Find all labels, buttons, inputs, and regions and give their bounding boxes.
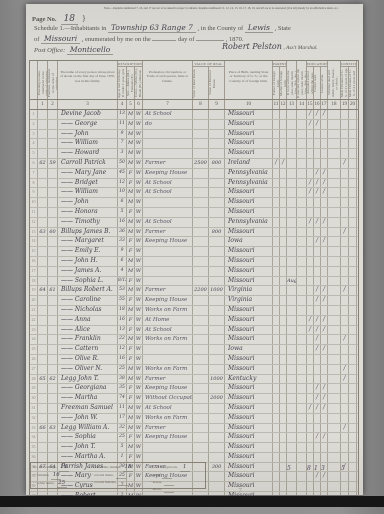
cell-dw: 63 bbox=[38, 228, 48, 237]
cell-bp: Missouri bbox=[225, 188, 273, 197]
cell-c11 bbox=[273, 218, 280, 227]
cell-bp: Missouri bbox=[225, 424, 273, 433]
cell-fam bbox=[48, 169, 58, 178]
cell-pe bbox=[209, 443, 225, 452]
cell-sex: M bbox=[127, 443, 135, 452]
cell-ln: 25 bbox=[30, 345, 38, 354]
cell-c14 bbox=[297, 296, 307, 305]
cell-occ: Works on Farm bbox=[143, 365, 193, 374]
column-heading: If married within the year, state month … bbox=[297, 61, 307, 99]
cell-c14 bbox=[297, 404, 307, 413]
cell-ln: 21 bbox=[30, 306, 38, 315]
cell-age: 6 bbox=[118, 257, 127, 266]
cell-sex: M bbox=[127, 120, 135, 129]
cell-sex: M bbox=[127, 267, 135, 276]
cell-pe bbox=[209, 316, 225, 325]
cell-re bbox=[193, 306, 209, 315]
cell-bp: Missouri bbox=[225, 208, 273, 217]
day-of-printed-text: day of bbox=[178, 36, 194, 43]
cell-c13 bbox=[287, 169, 297, 178]
column-number: 9 bbox=[209, 100, 225, 109]
cell-c17: / bbox=[321, 169, 328, 178]
cell-fam bbox=[48, 267, 58, 276]
table-row: 15—— Emily E.9FWMissouri bbox=[30, 247, 358, 257]
township-handwritten: Township 63 Range 7 bbox=[108, 23, 196, 33]
cell-color: W bbox=[135, 277, 143, 286]
cell-occ: Works on Farm bbox=[143, 414, 193, 423]
cell-pe bbox=[209, 237, 225, 246]
cell-c14 bbox=[297, 335, 307, 344]
column-number: 20 bbox=[349, 100, 357, 109]
cell-c12 bbox=[280, 130, 287, 139]
cell-c12 bbox=[280, 345, 287, 354]
cell-ln: 36 bbox=[30, 453, 38, 462]
cell-ln: 12 bbox=[30, 218, 38, 227]
cell-age: 16 bbox=[118, 218, 127, 227]
cell-c19 bbox=[341, 110, 349, 119]
cell-fam bbox=[48, 188, 58, 197]
cell-sex: F bbox=[127, 384, 135, 393]
cell-dw bbox=[38, 130, 48, 139]
table-row: 34—— Sophia25FWKeeping HouseMissouri// bbox=[30, 433, 358, 443]
cell-c17: / bbox=[321, 345, 328, 354]
cell-bp: Iowa bbox=[225, 345, 273, 354]
cell-age: 17 bbox=[118, 414, 127, 423]
cell-c16 bbox=[314, 424, 321, 433]
cell-name: —— Oliver N. bbox=[58, 365, 118, 374]
tally-left-column: No. of dwellings,16″ ″ families,16″ ″ wh… bbox=[33, 464, 86, 487]
column-heading: Families, numbered in the order of visit… bbox=[48, 61, 58, 99]
cell-c17: / bbox=[321, 394, 328, 403]
cell-c12 bbox=[280, 414, 287, 423]
cell-bp: Missouri bbox=[225, 355, 273, 364]
cell-c20 bbox=[349, 394, 357, 403]
scan-edge-black-band bbox=[0, 496, 384, 507]
column-heading-label: The name of every person whose place of … bbox=[58, 61, 117, 83]
table-row: 31Freeman Samuel11MWAt SchoolMissouri/// bbox=[30, 404, 358, 414]
cell-age: 33 bbox=[118, 237, 127, 246]
cell-bp: Pennsylvania bbox=[225, 179, 273, 188]
cell-color: W bbox=[135, 443, 143, 452]
cell-c18 bbox=[328, 394, 341, 403]
cell-c11 bbox=[273, 443, 280, 452]
cell-c17 bbox=[321, 482, 328, 491]
cell-c14 bbox=[297, 159, 307, 168]
cell-ln: 24 bbox=[30, 335, 38, 344]
cell-color: W bbox=[135, 130, 143, 139]
table-row: 7—— Mary Jane45FWKeeping HousePennsylvan… bbox=[30, 169, 358, 179]
cell-re: 2200 bbox=[193, 286, 209, 295]
cell-c17 bbox=[321, 355, 328, 364]
cell-pe bbox=[209, 472, 225, 481]
cell-c14 bbox=[297, 443, 307, 452]
cell-sex: M bbox=[127, 149, 135, 158]
cell-ln: 9 bbox=[30, 188, 38, 197]
cell-c16 bbox=[314, 159, 321, 168]
cell-occ: Farmer bbox=[143, 228, 193, 237]
state-printed-text: , State bbox=[275, 25, 291, 32]
cell-occ: Keeping House bbox=[143, 384, 193, 393]
cell-dw bbox=[38, 179, 48, 188]
cell-color: W bbox=[135, 316, 143, 325]
cell-c15: / bbox=[307, 120, 314, 129]
cell-c20 bbox=[349, 375, 357, 384]
cell-ln: 14 bbox=[30, 237, 38, 246]
table-row: 136360Billups James B.36MWFarmer800Misso… bbox=[30, 228, 358, 238]
table-row: 20—— Caroline55FWKeeping HouseVirginia// bbox=[30, 296, 358, 306]
cell-c14 bbox=[297, 306, 307, 315]
table-row: 32—— John W.17MWWorks on FarmMissouri bbox=[30, 414, 358, 424]
cell-c17 bbox=[321, 414, 328, 423]
cell-name: —— Caroline bbox=[58, 296, 118, 305]
post-office-handwritten: Monticello bbox=[67, 45, 113, 55]
cell-c11 bbox=[273, 326, 280, 335]
cell-c17 bbox=[321, 149, 328, 158]
cell-occ: Without Occupation bbox=[143, 394, 193, 403]
table-row: 30—— Martha74FWWithout Occupation2000Mis… bbox=[30, 394, 358, 404]
cell-c14 bbox=[297, 120, 307, 129]
cell-c16 bbox=[314, 306, 321, 315]
cell-occ bbox=[143, 198, 193, 207]
cell-age: 5 bbox=[118, 208, 127, 217]
cell-c19 bbox=[341, 345, 349, 354]
cell-c16 bbox=[314, 375, 321, 384]
table-row: 23—— Alice13FWAt SchoolMissouri/// bbox=[30, 326, 358, 336]
cell-c13 bbox=[287, 394, 297, 403]
cell-c17 bbox=[321, 267, 328, 276]
cell-c19 bbox=[341, 257, 349, 266]
cell-c19 bbox=[341, 198, 349, 207]
cell-name: —— Mary Jane bbox=[58, 169, 118, 178]
cell-age: 10 bbox=[118, 188, 127, 197]
cell-c11 bbox=[273, 365, 280, 374]
table-row: 17—— James A.4MWMissouri bbox=[30, 267, 358, 277]
cell-name: —— Bridget bbox=[58, 179, 118, 188]
cell-bp: Missouri bbox=[225, 404, 273, 413]
cell-c18 bbox=[328, 375, 341, 384]
cell-c15: / bbox=[307, 218, 314, 227]
table-row: 24—— Franklin22MWWorks on FarmMissouri// bbox=[30, 335, 358, 345]
cell-c13 bbox=[287, 110, 297, 119]
cell-age: 16 bbox=[118, 355, 127, 364]
cell-pe bbox=[209, 345, 225, 354]
cell-re bbox=[193, 120, 209, 129]
cell-bp: Pennsylvania bbox=[225, 169, 273, 178]
cell-c12 bbox=[280, 472, 287, 481]
cell-c18 bbox=[328, 237, 341, 246]
cell-c17: / bbox=[321, 384, 328, 393]
cell-ln: 15 bbox=[30, 247, 38, 256]
county-handwritten: Lewis bbox=[245, 23, 273, 33]
column-heading-label: Cannot write. bbox=[321, 68, 327, 98]
cell-c19 bbox=[341, 453, 349, 462]
cell-c14 bbox=[297, 247, 307, 256]
cell-occ: Farmer bbox=[143, 424, 193, 433]
cell-c15 bbox=[307, 237, 314, 246]
cell-re bbox=[193, 130, 209, 139]
cell-c11 bbox=[273, 247, 280, 256]
cell-c16 bbox=[314, 482, 321, 491]
cell-c18 bbox=[328, 159, 341, 168]
cell-c16: / bbox=[314, 316, 321, 325]
cell-c11 bbox=[273, 267, 280, 276]
cell-color: W bbox=[135, 120, 143, 129]
cell-c15 bbox=[307, 375, 314, 384]
cell-name: —— Martha A. bbox=[58, 453, 118, 462]
cell-c14 bbox=[297, 326, 307, 335]
cell-ln: 19 bbox=[30, 286, 38, 295]
table-row: 3—— John9MWMissouri bbox=[30, 130, 358, 140]
table-row: 2—— George11MWdoMissouri// bbox=[30, 120, 358, 130]
cell-name: —— Martha bbox=[58, 394, 118, 403]
column-heading: If born within the year, state month (Ja… bbox=[287, 61, 297, 99]
cell-c20 bbox=[349, 335, 357, 344]
cell-name: —— Honora bbox=[58, 208, 118, 217]
cell-c18 bbox=[328, 414, 341, 423]
cell-c11 bbox=[273, 335, 280, 344]
tally-label: ″ blind, bbox=[150, 472, 160, 479]
column-number: 6 bbox=[135, 100, 143, 109]
cell-ln: 22 bbox=[30, 316, 38, 325]
cell-fam bbox=[48, 345, 58, 354]
cell-c14 bbox=[297, 433, 307, 442]
cell-c15 bbox=[307, 277, 314, 286]
cell-c13 bbox=[287, 375, 297, 384]
cell-c14 bbox=[297, 179, 307, 188]
tally-value-handwritten bbox=[162, 472, 172, 479]
column-heading: Dwelling-houses, numbered in the order o… bbox=[38, 61, 48, 99]
cell-ln: 29 bbox=[30, 384, 38, 393]
cell-c12 bbox=[280, 335, 287, 344]
cell-c17: / bbox=[321, 179, 328, 188]
cell-c17 bbox=[321, 198, 328, 207]
cell-c12 bbox=[280, 257, 287, 266]
cell-pe bbox=[209, 365, 225, 374]
cell-name: —— John W. bbox=[58, 414, 118, 423]
cell-dw bbox=[38, 355, 48, 364]
cell-re bbox=[193, 110, 209, 119]
cell-sex: F bbox=[127, 179, 135, 188]
cell-c16 bbox=[314, 443, 321, 452]
tally-value-handwritten: 1 bbox=[180, 464, 190, 472]
cell-c16: / bbox=[314, 404, 321, 413]
cell-sex: F bbox=[127, 326, 135, 335]
cell-occ bbox=[143, 267, 193, 276]
cell-sex: F bbox=[127, 316, 135, 325]
cell-sex: F bbox=[127, 355, 135, 364]
cell-name: —— John T. bbox=[58, 443, 118, 452]
cell-pe bbox=[209, 414, 225, 423]
cell-dw bbox=[38, 237, 48, 246]
cell-c12 bbox=[280, 375, 287, 384]
cell-c14 bbox=[297, 130, 307, 139]
cell-c13 bbox=[287, 139, 297, 148]
cell-name: —— Olive R. bbox=[58, 355, 118, 364]
cell-ln: 35 bbox=[30, 443, 38, 452]
cell-c19 bbox=[341, 188, 349, 197]
cell-c13 bbox=[287, 345, 297, 354]
cell-c18 bbox=[328, 149, 341, 158]
cell-c16 bbox=[314, 267, 321, 276]
cell-c13 bbox=[287, 237, 297, 246]
cell-occ: Farmer bbox=[143, 159, 193, 168]
cell-c13 bbox=[287, 149, 297, 158]
cell-c20 bbox=[349, 257, 357, 266]
cell-c12 bbox=[280, 355, 287, 364]
cell-c19: / bbox=[341, 335, 349, 344]
cell-occ bbox=[143, 443, 193, 452]
cell-sex: M bbox=[127, 365, 135, 374]
column-number: 4 bbox=[118, 100, 127, 109]
table-row: 21—— Nicholas18MWWorks on FarmMissouri bbox=[30, 306, 358, 316]
cell-pe: 1000 bbox=[209, 286, 225, 295]
schedule-line-2: of Missouri , enumerated by me on the da… bbox=[34, 34, 244, 43]
cell-bp: Ireland bbox=[225, 159, 273, 168]
table-row: 35—— John T.5MWMissouri bbox=[30, 443, 358, 453]
cell-c18 bbox=[328, 198, 341, 207]
column-total-handwritten: 8 bbox=[307, 465, 311, 472]
cell-ln: 4 bbox=[30, 139, 38, 148]
cell-sex: F bbox=[127, 277, 135, 286]
cell-re bbox=[193, 394, 209, 403]
cell-fam bbox=[48, 247, 58, 256]
cell-sex: M bbox=[127, 286, 135, 295]
cell-occ bbox=[143, 355, 193, 364]
cell-c16: / bbox=[314, 218, 321, 227]
cell-c13 bbox=[287, 443, 297, 452]
cell-sex: M bbox=[127, 139, 135, 148]
cell-re bbox=[193, 188, 209, 197]
cell-age: 25 bbox=[118, 365, 127, 374]
column-number: 14 bbox=[297, 100, 307, 109]
cell-c18 bbox=[328, 365, 341, 374]
cell-re: 2500 bbox=[193, 159, 209, 168]
cell-pe bbox=[209, 404, 225, 413]
cell-bp: Missouri bbox=[225, 472, 273, 481]
cell-c19: / bbox=[341, 286, 349, 295]
cell-color: W bbox=[135, 218, 143, 227]
cell-dw bbox=[38, 365, 48, 374]
column-total-handwritten: 3 bbox=[321, 465, 325, 472]
cell-c18 bbox=[328, 169, 341, 178]
cell-c11 bbox=[273, 110, 280, 119]
tally-label: ″ ″ white males, bbox=[33, 480, 55, 488]
cell-c13 bbox=[287, 326, 297, 335]
cell-name: —— Franklin bbox=[58, 335, 118, 344]
cell-fam bbox=[48, 404, 58, 413]
cell-re bbox=[193, 218, 209, 227]
schedule-line-1: Schedule 1.—Inhabitants in Township 63 R… bbox=[34, 23, 291, 32]
column-heading-label: Dwelling-houses, numbered in the order o… bbox=[38, 68, 47, 98]
cell-re bbox=[193, 198, 209, 207]
cell-c16: / bbox=[314, 169, 321, 178]
cell-c18 bbox=[328, 316, 341, 325]
cell-c18 bbox=[328, 472, 341, 481]
cell-c12 bbox=[280, 237, 287, 246]
cell-c12 bbox=[280, 384, 287, 393]
cell-c11 bbox=[273, 472, 280, 481]
cell-c17 bbox=[321, 228, 328, 237]
cell-bp: Missouri bbox=[225, 257, 273, 266]
faint-page-mark: 7 bbox=[238, 488, 242, 495]
cell-c20 bbox=[349, 463, 357, 472]
column-number: 15 bbox=[307, 100, 314, 109]
column-total-handwritten: 1 bbox=[314, 465, 318, 472]
cell-ln: 27 bbox=[30, 365, 38, 374]
cell-bp: Missouri bbox=[225, 198, 273, 207]
cell-c18 bbox=[328, 120, 341, 129]
cell-pe bbox=[209, 335, 225, 344]
column-heading-label: Mother of foreign birth. bbox=[280, 68, 286, 98]
cell-c15 bbox=[307, 247, 314, 256]
column-heading-label: Cannot read. bbox=[314, 68, 320, 98]
cell-c16 bbox=[314, 198, 321, 207]
cell-c17: / bbox=[321, 110, 328, 119]
cell-c19 bbox=[341, 384, 349, 393]
cell-bp: Missouri bbox=[225, 110, 273, 119]
cell-name: Legg William A. bbox=[58, 424, 118, 433]
cell-color: W bbox=[135, 433, 143, 442]
cell-c20 bbox=[349, 472, 357, 481]
cell-ln: 20 bbox=[30, 296, 38, 305]
cell-c16: / bbox=[314, 345, 321, 354]
cell-c11 bbox=[273, 228, 280, 237]
cell-ln: 8 bbox=[30, 179, 38, 188]
cell-re bbox=[193, 257, 209, 266]
cell-sex: M bbox=[127, 404, 135, 413]
column-number: 8 bbox=[193, 100, 209, 109]
cell-c15: / bbox=[307, 326, 314, 335]
cell-pe bbox=[209, 218, 225, 227]
table-row: 12—— Timothy16MWAt SchoolPennsylvania/// bbox=[30, 218, 358, 228]
cell-pe bbox=[209, 120, 225, 129]
column-heading-label: Whether deaf and dumb, blind, insane, or… bbox=[328, 68, 340, 98]
cell-age: 11 bbox=[118, 120, 127, 129]
cell-name: —— Cattern bbox=[58, 345, 118, 354]
cell-age: 11 bbox=[118, 404, 127, 413]
cell-c15 bbox=[307, 355, 314, 364]
cell-fam bbox=[48, 139, 58, 148]
cell-c19 bbox=[341, 139, 349, 148]
cell-fam bbox=[48, 355, 58, 364]
cell-fam bbox=[48, 218, 58, 227]
cell-c19 bbox=[341, 316, 349, 325]
cell-c20 bbox=[349, 286, 357, 295]
cell-age: 1 bbox=[118, 453, 127, 462]
cell-c15 bbox=[307, 130, 314, 139]
cell-c19 bbox=[341, 433, 349, 442]
cell-dw: 64 bbox=[38, 286, 48, 295]
cell-re bbox=[193, 208, 209, 217]
table-header: Dwelling-houses, numbered in the order o… bbox=[30, 61, 358, 100]
cell-pe bbox=[209, 296, 225, 305]
tally-line: ″ idiotic, bbox=[150, 486, 203, 493]
cell-c14 bbox=[297, 472, 307, 481]
cell-name: —— Nicholas bbox=[58, 306, 118, 315]
cell-c20 bbox=[349, 237, 357, 246]
cell-c13 bbox=[287, 355, 297, 364]
cell-c18 bbox=[328, 355, 341, 364]
cell-occ: Keeping House bbox=[143, 169, 193, 178]
cell-c12 bbox=[280, 404, 287, 413]
cell-c20 bbox=[349, 384, 357, 393]
cell-dw bbox=[38, 208, 48, 217]
cell-name: Carroll Patrick bbox=[58, 159, 118, 168]
cell-bp: Pennsylvania bbox=[225, 218, 273, 227]
cell-c16 bbox=[314, 228, 321, 237]
column-number: 13 bbox=[287, 100, 297, 109]
cell-dw bbox=[38, 218, 48, 227]
